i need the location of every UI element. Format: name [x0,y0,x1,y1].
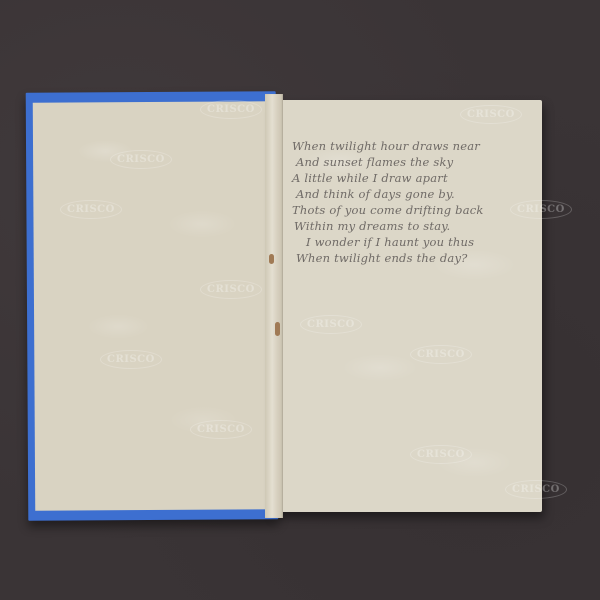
poem-line: When twilight ends the day? [292,250,542,266]
crisco-watermark-logo: CRISCO [200,280,262,299]
tape-stain [269,254,274,264]
crisco-watermark-logo: CRISCO [410,345,472,364]
poem-line: And sunset flames the sky [292,154,542,170]
crisco-watermark-logo: CRISCO [460,105,522,124]
crisco-watermark-logo: CRISCO [190,420,252,439]
crisco-watermark-logo: CRISCO [410,445,472,464]
spine-gutter [265,94,283,518]
poem-line: When twilight hour draws near [292,138,542,154]
poem-line: A little while I draw apart [292,170,542,186]
poem-line: And think of days gone by. [292,186,542,202]
crisco-watermark-logo: CRISCO [100,350,162,369]
crisco-watermark-logo: CRISCO [60,200,122,219]
crisco-watermark-logo: CRISCO [200,100,262,119]
poem-line: I wonder if I haunt you thus [292,234,542,250]
handwritten-poem: When twilight hour draws near And sunset… [292,138,542,266]
tape-stain [275,322,280,336]
crisco-watermark-logo: CRISCO [110,150,172,169]
crisco-watermark-logo: CRISCO [505,480,567,499]
poem-line: Thots of you come drifting back [292,202,542,218]
poem-line: Within my dreams to stay. [292,218,542,234]
crisco-watermark-logo: CRISCO [300,315,362,334]
